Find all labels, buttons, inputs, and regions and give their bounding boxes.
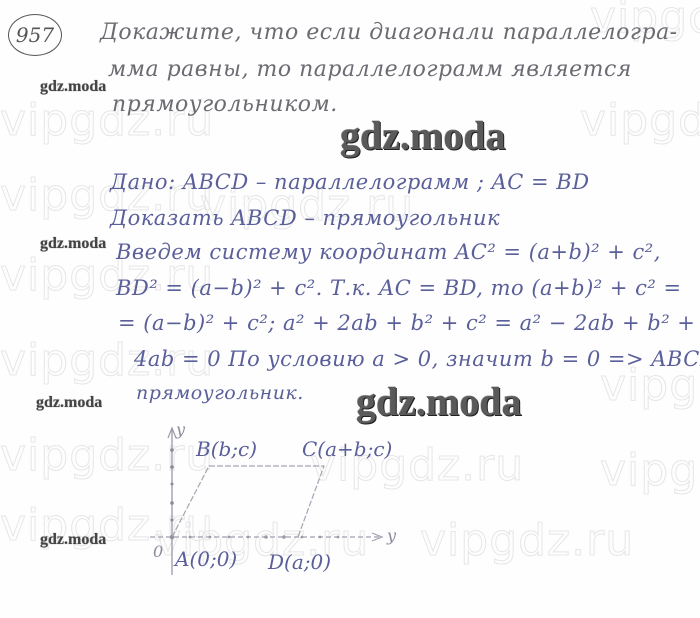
watermark-small: gdz.moda bbox=[36, 394, 102, 412]
bg-watermark: vipgdz.ru bbox=[0, 500, 214, 551]
bg-watermark: vipgdz.ru bbox=[420, 515, 634, 566]
bg-watermark: vipgdz.ru bbox=[580, 95, 700, 146]
watermark-small: gdz.moda bbox=[40, 531, 106, 549]
solution-line-3: = (a−b)² + c²; a² + 2ab + b² + c² = a² −… bbox=[118, 311, 700, 335]
problem-number: 957 bbox=[8, 14, 62, 56]
solution-line-1: Введем систему координат AC² = (a+b)² + … bbox=[116, 240, 661, 264]
solution-line-2: BD² = (a−b)² + c². Т.к. AC = BD, то (a+b… bbox=[116, 276, 682, 300]
point-b-label: B(b;c) bbox=[196, 437, 257, 461]
statement-line-2: мма равны, то параллелограмм является bbox=[108, 57, 632, 82]
statement-line-1: Докажите, что если диагонали параллелогр… bbox=[100, 20, 678, 45]
watermark-big: gdz.moda bbox=[340, 112, 506, 159]
parallelogram-abcd bbox=[172, 466, 324, 537]
prove-line: Доказать ABCD – прямоугольник bbox=[110, 206, 500, 230]
origin-label: 0 bbox=[153, 542, 163, 561]
point-a-label: A(0;0) bbox=[175, 547, 237, 571]
statement-line-3: прямоугольником. bbox=[112, 92, 338, 117]
watermark-small: gdz.moda bbox=[40, 235, 106, 253]
bg-watermark: vipgdz.ru bbox=[600, 445, 700, 496]
x-axis-arrow bbox=[372, 533, 382, 541]
watermark-big: gdz.moda bbox=[356, 378, 522, 425]
y-axis-arrow bbox=[168, 428, 176, 438]
solution-line-5: прямоугольник. bbox=[136, 382, 304, 404]
scanned-homework-page: vipgdz.ru vipgdz.ru vipgdz.ru vipgdz.ru … bbox=[0, 0, 700, 618]
point-c-label: C(a+b;c) bbox=[302, 437, 392, 461]
watermark-small: gdz.moda bbox=[40, 78, 106, 96]
point-d-label: D(a;0) bbox=[268, 550, 331, 574]
solution-line-4: 4ab = 0 По условию a > 0, значит b = 0 =… bbox=[134, 347, 700, 371]
x-axis-ticks bbox=[189, 535, 340, 539]
given-line: Дано: ABCD – параллелограмм ; AC = BD bbox=[110, 170, 590, 194]
y-axis-label: y bbox=[176, 420, 185, 439]
x-axis-label: y bbox=[387, 526, 396, 545]
y-axis-ticks bbox=[170, 448, 174, 539]
